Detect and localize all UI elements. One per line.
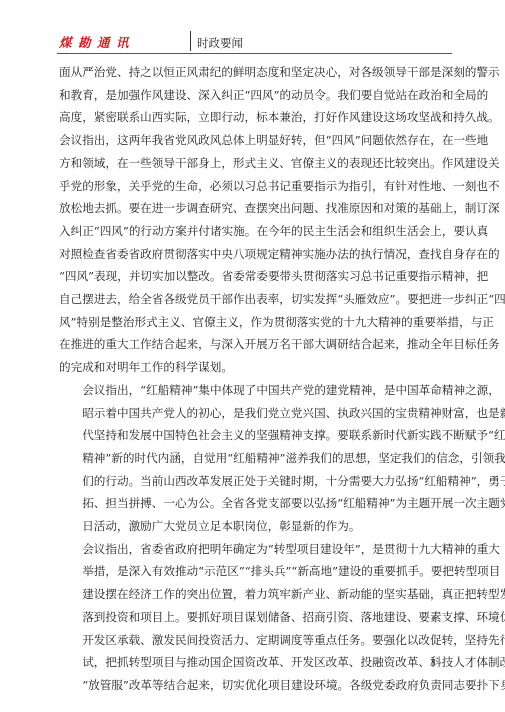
text-line: 会议指出，这两年我省党风政风总体上明显好转，但“四风”问题依然存在，在一些地 xyxy=(59,129,453,152)
text-line: 建设摆在经济工作的突出位置，着力筑牢新产业、新动能的坚实基础，真正把转型发展 xyxy=(59,583,453,606)
text-line: 会议指出，“红船精神”集中体现了中国共产党的建党精神，是中国革命精神之源， xyxy=(59,379,453,402)
text-line: 们的行动。当前山西改革发展正处于关键时期，十分需要大力弘扬“红船精神”，勇于开 xyxy=(59,470,453,493)
text-line: “四风”表现，并切实加以整改。省委常委要带头贯彻落实习总书记重要指示精神，把 xyxy=(59,265,453,288)
text-line: 昭示着中国共产党人的初心，是我们党立党兴国、执政兴国的宝贵精神财富，也是新时 xyxy=(59,402,453,425)
paragraph: 面从严治党、持之以恒正风肃纪的鲜明态度和坚定决心，对各级领导干部是深刻的警示和教… xyxy=(59,61,453,129)
paragraph: 会议指出，这两年我省党风政风总体上明显好转，但“四风”问题依然存在，在一些地方和… xyxy=(59,129,453,379)
paragraph: 会议指出，省委省政府把明年确定为“转型项目建设年”，是贯彻十九大精神的重大举措，… xyxy=(59,538,453,697)
text-line: “放管服”改革等结合起来，切实优化项目建设环境。各级党委政府负责同志要扑下身 xyxy=(59,674,453,697)
text-line: 和教育，是加强作风建设、深入纠正“四风”的动员令。我们要自觉站在政治和全局的 xyxy=(59,84,453,107)
text-line: 精神”新的时代内涵，自觉用“红船精神”滋养我们的思想，坚定我们的信念，引领我 xyxy=(59,447,453,470)
text-line: 放松地去抓。要在进一步调查研究、查摆突出问题、找准原因和对策的基础上，制订深 xyxy=(59,197,453,220)
text-line: 入纠正“四风”的行动方案并付诸实施。在今年的民主生活会和组织生活会上，要认真 xyxy=(59,220,453,243)
text-line: 开发区承载、激发民间投资活力、定期调度等重点任务。要强化以改促转，坚持先行先 xyxy=(59,629,453,652)
text-line: 举措，是深入有效推动“示范区”“排头兵”“新高地”建设的重要抓手。要把转型项目 xyxy=(59,560,453,583)
page-header: 煤勘通讯 时政要闻 xyxy=(57,31,452,54)
page-number: 3 xyxy=(430,659,436,669)
text-line: 方和领域，在一些领导干部身上，形式主义、官僚主义的表现还比较突出。作风建设关 xyxy=(59,152,453,175)
text-line: 的完成和对明年工作的科学谋划。 xyxy=(59,356,453,379)
paragraph: 会议指出，“红船精神”集中体现了中国共产党的建党精神，是中国革命精神之源，昭示着… xyxy=(59,379,453,538)
section-title: 时政要闻 xyxy=(197,35,243,51)
article-body: 面从严治党、持之以恒正风肃纪的鲜明态度和坚定决心，对各级领导干部是深刻的警示和教… xyxy=(59,61,453,697)
text-line: 面从严治党、持之以恒正风肃纪的鲜明态度和坚定决心，对各级领导干部是深刻的警示 xyxy=(59,61,453,84)
text-line: 会议指出，省委省政府把明年确定为“转型项目建设年”，是贯彻十九大精神的重大 xyxy=(59,538,453,561)
text-line: 日活动，激励广大党员立足本职岗位，彰显新的作为。 xyxy=(59,515,453,538)
text-line: 在推进的重大工作结合起来，与深入开展万名干部大调研结合起来，推动全年目标任务 xyxy=(59,333,453,356)
text-line: 乎党的形象，关乎党的生命，必须以习总书记重要指示为指引，有针对性地、一刻也不 xyxy=(59,175,453,198)
header-divider xyxy=(190,31,191,51)
text-line: 风”特别是整治形式主义、官僚主义，作为贯彻落实党的十九大精神的重要举措，与正 xyxy=(59,311,453,334)
text-line: 对照检查省委省政府贯彻落实中央八项规定精神实施办法的执行情况，查找自身存在的 xyxy=(59,243,453,266)
text-line: 高度，紧密联系山西实际，立即行动，标本兼治，打好作风建设这场攻坚战和持久战。 xyxy=(59,106,453,129)
text-line: 试，把抓转型项目与推动国企国资改革、开发区改革、投融资改革、科技人才体制改革、 xyxy=(59,651,453,674)
text-line: 拓、担当拼搏、一心为公。全省各党支部要以弘扬“红船精神”为主题开展一次主题党 xyxy=(59,492,453,515)
text-line: 自己摆进去，给全省各级党员干部作出表率，切实发挥“头雁效应”。要把进一步纠正“四 xyxy=(59,288,453,311)
text-line: 代坚持和发展中国特色社会主义的坚强精神支撑。要联系新时代新实践不断赋予“红船 xyxy=(59,424,453,447)
text-line: 落到投资和项目上。要抓好项目谋划储备、招商引资、落地建设、要素支撑、环境优化、 xyxy=(59,606,453,629)
publication-brand: 煤勘通讯 xyxy=(59,33,135,51)
